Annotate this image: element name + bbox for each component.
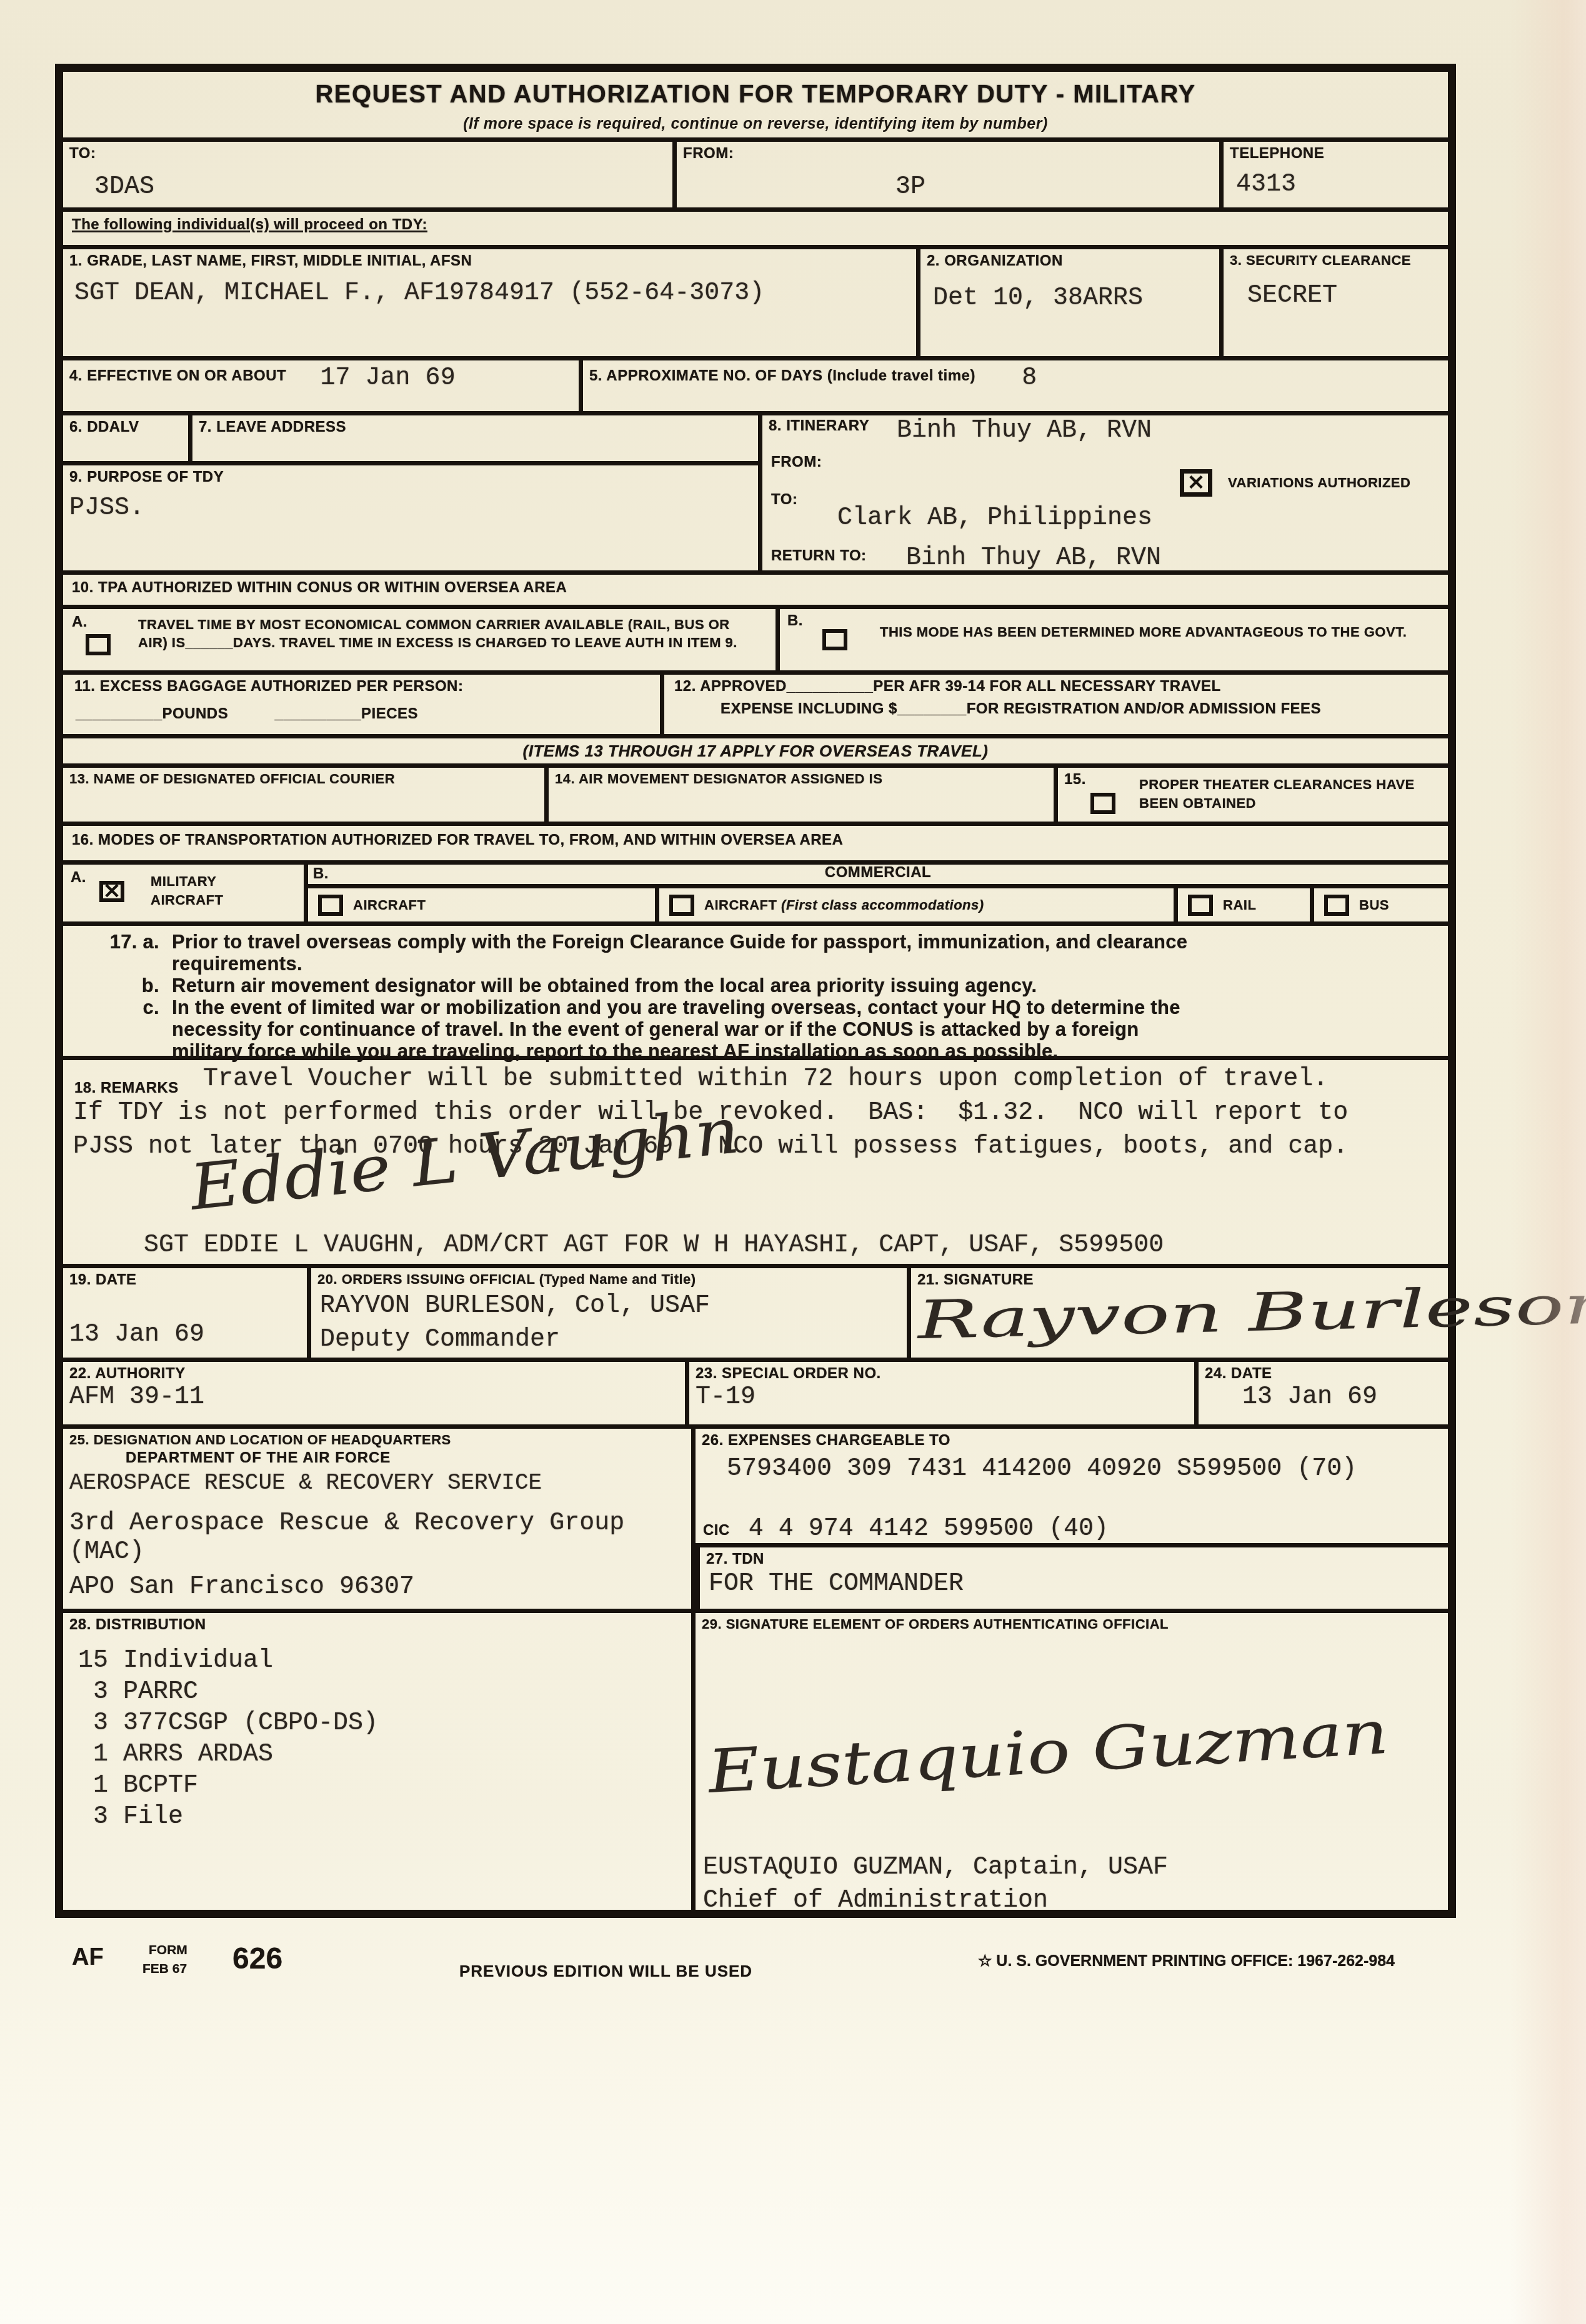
headquarters-label: 25. DESIGNATION AND LOCATION OF HEADQUAR…: [69, 1432, 451, 1448]
military-aircraft-letter: A.: [71, 870, 86, 886]
field-tdn: 27. TDN FOR THE COMMANDER: [696, 1547, 1448, 1609]
cic-label: CIC: [703, 1522, 730, 1539]
field-theater-clearances: 15. PROPER THEATER CLEARANCES HAVE BEEN …: [1054, 768, 1448, 822]
row-item17-instructions: 17. a.Prior to travel overseas comply wi…: [63, 926, 1448, 1060]
distribution-label: 28. DISTRIBUTION: [69, 1616, 206, 1633]
theater-clearances-number: 15.: [1064, 772, 1086, 788]
proceed-statement: The following individual(s) will proceed…: [72, 216, 427, 233]
option-aircraft: AIRCRAFT: [308, 888, 655, 921]
date-24-value: 13 Jan 69: [1242, 1383, 1442, 1412]
itinerary-to-label: TO:: [771, 492, 797, 508]
field-courier: 13. NAME OF DESIGNATED OFFICIAL COURIER: [63, 768, 544, 822]
row-to-from-telephone: TO: 3DAS FROM: 3P TELEPHONE 4313: [63, 142, 1448, 212]
itinerary-return-label: RETURN TO:: [771, 548, 867, 564]
form-title: REQUEST AND AUTHORIZATION FOR TEMPORARY …: [63, 81, 1448, 109]
orders-official-name: RAYVON BURLESON, Col, USAF: [320, 1292, 900, 1321]
itinerary-from-label: FROM:: [771, 454, 822, 470]
form-subtitle: (If more space is required, continue on …: [63, 115, 1448, 133]
footer-form-number: 626: [232, 1942, 282, 1976]
distribution-item: 3 PARRC: [78, 1677, 685, 1708]
date-24-label: 24. DATE: [1205, 1365, 1272, 1382]
distribution-item: 3 377CSGP (CBPO-DS): [78, 1708, 685, 1739]
itinerary-label: 8. ITINERARY: [769, 418, 869, 434]
item17-line: 17. a.Prior to travel overseas comply wi…: [72, 931, 1439, 953]
option-bus: BUS: [1310, 888, 1448, 921]
row-effective-days: 4. EFFECTIVE ON OR ABOUT 17 Jan 69 5. AP…: [63, 360, 1448, 415]
field-organization: 2. ORGANIZATION Det 10, 38ARRS: [916, 249, 1219, 356]
variations-authorized-label: VARIATIONS AUTHORIZED: [1228, 475, 1410, 490]
remarks-line1: Travel Voucher will be submitted within …: [203, 1065, 1328, 1094]
af-form-626: REQUEST AND AUTHORIZATION FOR TEMPORARY …: [55, 64, 1456, 1918]
commercial-letter: B.: [313, 866, 329, 882]
aircraft-label: AIRCRAFT: [353, 898, 426, 913]
aircraft-first-class-checkbox[interactable]: [669, 895, 694, 916]
field-authority: 22. AUTHORITY AFM 39-11: [63, 1362, 685, 1424]
x-mark-icon: ✕: [103, 881, 121, 902]
authenticating-official-title: Chief of Administration: [703, 1887, 1048, 1915]
field-special-order: 23. SPECIAL ORDER NO. T-19: [685, 1362, 1194, 1424]
field-ddalv: 6. DDALV: [63, 415, 188, 461]
field-orders-official: 20. ORDERS ISSUING OFFICIAL (Typed Name …: [307, 1268, 907, 1358]
orders-official-label: 20. ORDERS ISSUING OFFICIAL (Typed Name …: [317, 1271, 696, 1287]
authority-value: AFM 39-11: [69, 1383, 679, 1412]
effective-date-label: 4. EFFECTIVE ON OR ABOUT: [69, 367, 286, 384]
item17-line: b.Return air movement designator will be…: [72, 975, 1439, 996]
tdn-value: FOR THE COMMANDER: [709, 1570, 1442, 1599]
right-expenses-column: 26. EXPENSES CHARGEABLE TO 5793400 309 7…: [691, 1429, 1448, 1609]
row-baggage-approved: 11. EXCESS BAGGAGE AUTHORIZED PER PERSON…: [63, 675, 1448, 738]
effective-date-value: 17 Jan 69: [321, 364, 456, 392]
military-aircraft-checkbox[interactable]: ✕: [99, 881, 124, 902]
aircraft-first-class-label: AIRCRAFT (First class accommodations): [704, 898, 984, 913]
authenticating-agent-line: SGT EDDIE L VAUGHN, ADM/CRT AGT FOR W H …: [144, 1231, 1164, 1260]
field-effective-date: 4. EFFECTIVE ON OR ABOUT 17 Jan 69: [63, 360, 579, 411]
x-mark-icon: ✕: [1187, 472, 1205, 494]
field-air-movement: 14. AIR MOVEMENT DESIGNATOR ASSIGNED IS: [544, 768, 1054, 822]
expenses-line2: 4 4 974 4142 599500 (40): [749, 1515, 1109, 1544]
field-date-19: 19. DATE 13 Jan 69: [63, 1268, 307, 1358]
field-grade-name: 1. GRADE, LAST NAME, FIRST, MIDDLE INITI…: [63, 249, 916, 356]
date-19-label: 19. DATE: [69, 1271, 137, 1288]
approx-days-label: 5. APPROXIMATE NO. OF DAYS (Include trav…: [589, 367, 975, 384]
field-excess-baggage: 11. EXCESS BAGGAGE AUTHORIZED PER PERSON…: [63, 675, 660, 734]
excess-baggage-label: 11. EXCESS BAGGAGE AUTHORIZED PER PERSON…: [74, 678, 463, 695]
date-19-value: 13 Jan 69: [69, 1321, 301, 1349]
field-security-clearance: 3. SECURITY CLEARANCE SECRET: [1219, 249, 1448, 356]
bus-checkbox[interactable]: [1324, 895, 1349, 916]
headquarters-dept: DEPARTMENT OF THE AIR FORCE: [126, 1450, 685, 1466]
special-order-value: T-19: [696, 1383, 1188, 1412]
bus-label: BUS: [1359, 898, 1389, 913]
footer-form-word: FORM: [149, 1943, 187, 1958]
commercial-label: COMMERCIAL: [825, 864, 931, 881]
row-tpa-label: 10. TPA AUTHORIZED WITHIN CONUS OR WITHI…: [63, 575, 1448, 609]
tpa-b-checkbox[interactable]: [822, 629, 847, 650]
organization-label: 2. ORGANIZATION: [927, 252, 1063, 269]
itinerary-from-value: Binh Thuy AB, RVN: [897, 417, 1152, 445]
tpa-b-text: THIS MODE HAS BEEN DETERMINED MORE ADVAN…: [880, 623, 1430, 642]
row-tpa-options: A. TRAVEL TIME BY MOST ECONOMICAL COMMON…: [63, 609, 1448, 675]
field-expenses: 26. EXPENSES CHARGEABLE TO 5793400 309 7…: [696, 1429, 1448, 1547]
item17-line: requirements.: [72, 953, 1439, 975]
headquarters-group: 3rd Aerospace Rescue & Recovery Group: [69, 1509, 685, 1538]
row-headquarters-expenses: 25. DESIGNATION AND LOCATION OF HEADQUAR…: [63, 1429, 1448, 1613]
field-distribution: 28. DISTRIBUTION 15 Individual 3 PARRC 3…: [63, 1613, 691, 1910]
field-tpa-b: B. THIS MODE HAS BEEN DETERMINED MORE AD…: [776, 609, 1448, 670]
courier-label: 13. NAME OF DESIGNATED OFFICIAL COURIER: [69, 771, 395, 787]
headquarters-service: AEROSPACE RESCUE & RECOVERY SERVICE: [69, 1470, 685, 1496]
military-aircraft-label: MILITARY AIRCRAFT: [151, 872, 288, 910]
orders-official-title: Deputy Commander: [320, 1326, 900, 1354]
row-grade-org-clearance: 1. GRADE, LAST NAME, FIRST, MIDDLE INITI…: [63, 249, 1448, 360]
row-leave-purpose-itinerary: 6. DDALV 7. LEAVE ADDRESS 9. PURPOSE OF …: [63, 415, 1448, 575]
to-value: 3DAS: [94, 173, 666, 202]
field-from: FROM: 3P: [672, 142, 1219, 207]
field-authenticating-official: 29. SIGNATURE ELEMENT OF ORDERS AUTHENTI…: [691, 1613, 1448, 1910]
field-tpa-a: A. TRAVEL TIME BY MOST ECONOMICAL COMMON…: [63, 609, 776, 670]
tdn-label: 27. TDN: [706, 1551, 764, 1567]
row-overseas-note: (ITEMS 13 THROUGH 17 APPLY FOR OVERSEAS …: [63, 738, 1448, 768]
row-courier-designator-clearances: 13. NAME OF DESIGNATED OFFICIAL COURIER …: [63, 768, 1448, 826]
tpa-a-letter: A.: [72, 614, 87, 630]
baggage-pieces-blank: __________PIECES: [275, 705, 419, 722]
remarks-label: 18. REMARKS: [74, 1080, 179, 1096]
tpa-b-letter: B.: [787, 613, 803, 629]
field-approx-days: 5. APPROXIMATE NO. OF DAYS (Include trav…: [579, 360, 1448, 411]
to-label: TO:: [69, 145, 96, 162]
expenses-label: 26. EXPENSES CHARGEABLE TO: [702, 1432, 950, 1449]
organization-value: Det 10, 38ARRS: [933, 284, 1213, 313]
field-leave-address: 7. LEAVE ADDRESS: [188, 415, 758, 461]
commercial-header: B. COMMERCIAL: [308, 865, 1448, 888]
grade-name-value: SGT DEAN, MICHAEL F., AF19784917 (552-64…: [74, 279, 910, 308]
distribution-item: 15 Individual: [78, 1646, 685, 1677]
headquarters-mac: (MAC): [69, 1538, 685, 1567]
row-proceed-statement: The following individual(s) will proceed…: [63, 212, 1448, 249]
field-commercial: B. COMMERCIAL AIRCRAFT AIRCRAFT (First c…: [304, 865, 1448, 921]
field-to: TO: 3DAS: [63, 142, 672, 207]
left-leave-purpose-column: 6. DDALV 7. LEAVE ADDRESS 9. PURPOSE OF …: [63, 415, 758, 570]
itinerary-return-value: Binh Thuy AB, RVN: [906, 544, 1161, 573]
rail-checkbox[interactable]: [1188, 895, 1213, 916]
theater-clearances-checkbox[interactable]: [1090, 793, 1115, 814]
security-clearance-value: SECRET: [1247, 282, 1442, 310]
field-itinerary: 8. ITINERARY Binh Thuy AB, RVN FROM: ✕ V…: [758, 415, 1448, 570]
baggage-pounds-blank: __________POUNDS: [76, 705, 228, 722]
distribution-item: 3 File: [78, 1802, 685, 1833]
purpose-label: 9. PURPOSE OF TDY: [69, 469, 224, 485]
security-clearance-label: 3. SECURITY CLEARANCE: [1230, 252, 1411, 268]
guzman-signature: Eustaquio Guzman: [705, 1699, 1390, 1807]
row-date-official-signature: 19. DATE 13 Jan 69 20. ORDERS ISSUING OF…: [63, 1268, 1448, 1362]
field-date-24: 24. DATE 13 Jan 69: [1194, 1362, 1448, 1424]
row-remarks: 18. REMARKS Travel Voucher will be submi…: [63, 1060, 1448, 1268]
item17-line: necessity for continuance of travel. In …: [72, 1018, 1439, 1040]
tpa-a-text: TRAVEL TIME BY MOST ECONOMICAL COMMON CA…: [138, 615, 738, 652]
authenticating-official-label: 29. SIGNATURE ELEMENT OF ORDERS AUTHENTI…: [702, 1616, 1169, 1632]
distribution-item: 1 BCPTF: [78, 1770, 685, 1802]
theater-clearances-text: PROPER THEATER CLEARANCES HAVE BEEN OBTA…: [1139, 775, 1420, 813]
form-title-band: REQUEST AND AUTHORIZATION FOR TEMPORARY …: [63, 72, 1448, 142]
option-rail: RAIL: [1174, 888, 1310, 921]
approx-days-value: 8: [1022, 364, 1037, 392]
distribution-item: 1 ARRS ARDAS: [78, 1739, 685, 1770]
field-approved-expense: 12. APPROVED__________PER AFR 39-14 FOR …: [660, 675, 1448, 734]
footer-af: AF: [72, 1944, 104, 1971]
purpose-value: PJSS.: [69, 494, 752, 523]
headquarters-apo: APO San Francisco 96307: [69, 1573, 685, 1602]
special-order-label: 23. SPECIAL ORDER NO.: [696, 1365, 881, 1382]
commercial-options: AIRCRAFT AIRCRAFT (First class accommoda…: [308, 888, 1448, 921]
modes-label: 16. MODES OF TRANSPORTATION AUTHORIZED F…: [72, 832, 843, 848]
footer-previous-edition: PREVIOUS EDITION WILL BE USED: [459, 1962, 752, 1981]
telephone-value: 4313: [1236, 171, 1442, 199]
telephone-label: TELEPHONE: [1230, 145, 1324, 162]
authority-label: 22. AUTHORITY: [69, 1365, 186, 1382]
row-distribution-authentication: 28. DISTRIBUTION 15 Individual 3 PARRC 3…: [63, 1613, 1448, 1910]
leave-address-label: 7. LEAVE ADDRESS: [199, 419, 346, 435]
row-modes-label: 16. MODES OF TRANSPORTATION AUTHORIZED F…: [63, 826, 1448, 865]
from-value: 3P: [895, 173, 1213, 202]
scanned-document-page: REQUEST AND AUTHORIZATION FOR TEMPORARY …: [0, 0, 1586, 2324]
rail-label: RAIL: [1223, 898, 1256, 913]
item17-line: military force while you are traveling, …: [72, 1040, 1439, 1062]
aircraft-checkbox[interactable]: [318, 895, 343, 916]
grade-name-label: 1. GRADE, LAST NAME, FIRST, MIDDLE INITI…: [69, 252, 472, 269]
field-headquarters: 25. DESIGNATION AND LOCATION OF HEADQUAR…: [63, 1429, 691, 1609]
option-aircraft-first-class: AIRCRAFT (First class accommodations): [655, 888, 1174, 921]
signature-21-label: 21. SIGNATURE: [917, 1271, 1034, 1288]
ddalv-label: 6. DDALV: [69, 419, 139, 435]
footer-gpo: ☆ U. S. GOVERNMENT PRINTING OFFICE: 1967…: [978, 1952, 1395, 1970]
from-label: FROM:: [683, 145, 734, 162]
footer-form-date: FEB 67: [142, 1962, 187, 1977]
subrow-ddalv-leave: 6. DDALV 7. LEAVE ADDRESS: [63, 415, 758, 465]
field-telephone: TELEPHONE 4313: [1219, 142, 1448, 207]
overseas-note: (ITEMS 13 THROUGH 17 APPLY FOR OVERSEAS …: [523, 742, 989, 760]
row-modes-options: A. ✕ MILITARY AIRCRAFT B. COMMERCIAL AIR…: [63, 865, 1448, 926]
field-signature-21: 21. SIGNATURE Rayvon Burleson: [907, 1268, 1448, 1358]
itinerary-to-value: Clark AB, Philippines: [837, 504, 1152, 533]
field-purpose-of-tdy: 9. PURPOSE OF TDY PJSS.: [63, 465, 758, 570]
authenticating-official-name: EUSTAQUIO GUZMAN, Captain, USAF: [703, 1854, 1168, 1882]
item17-line: c.In the event of limited war or mobiliz…: [72, 996, 1439, 1018]
field-military-aircraft: A. ✕ MILITARY AIRCRAFT: [63, 865, 304, 921]
tpa-label: 10. TPA AUTHORIZED WITHIN CONUS OR WITHI…: [72, 579, 567, 596]
tpa-a-checkbox[interactable]: [86, 634, 111, 655]
approved-line2: EXPENSE INCLUDING $________FOR REGISTRAT…: [721, 701, 1442, 717]
expenses-line1: 5793400 309 7431 414200 40920 S599500 (7…: [727, 1455, 1442, 1484]
approved-line1: 12. APPROVED__________PER AFR 39-14 FOR …: [674, 678, 1442, 695]
air-movement-label: 14. AIR MOVEMENT DESIGNATOR ASSIGNED IS: [555, 771, 882, 787]
row-authority-order-date: 22. AUTHORITY AFM 39-11 23. SPECIAL ORDE…: [63, 1362, 1448, 1429]
variations-authorized-checkbox[interactable]: ✕: [1180, 469, 1212, 497]
